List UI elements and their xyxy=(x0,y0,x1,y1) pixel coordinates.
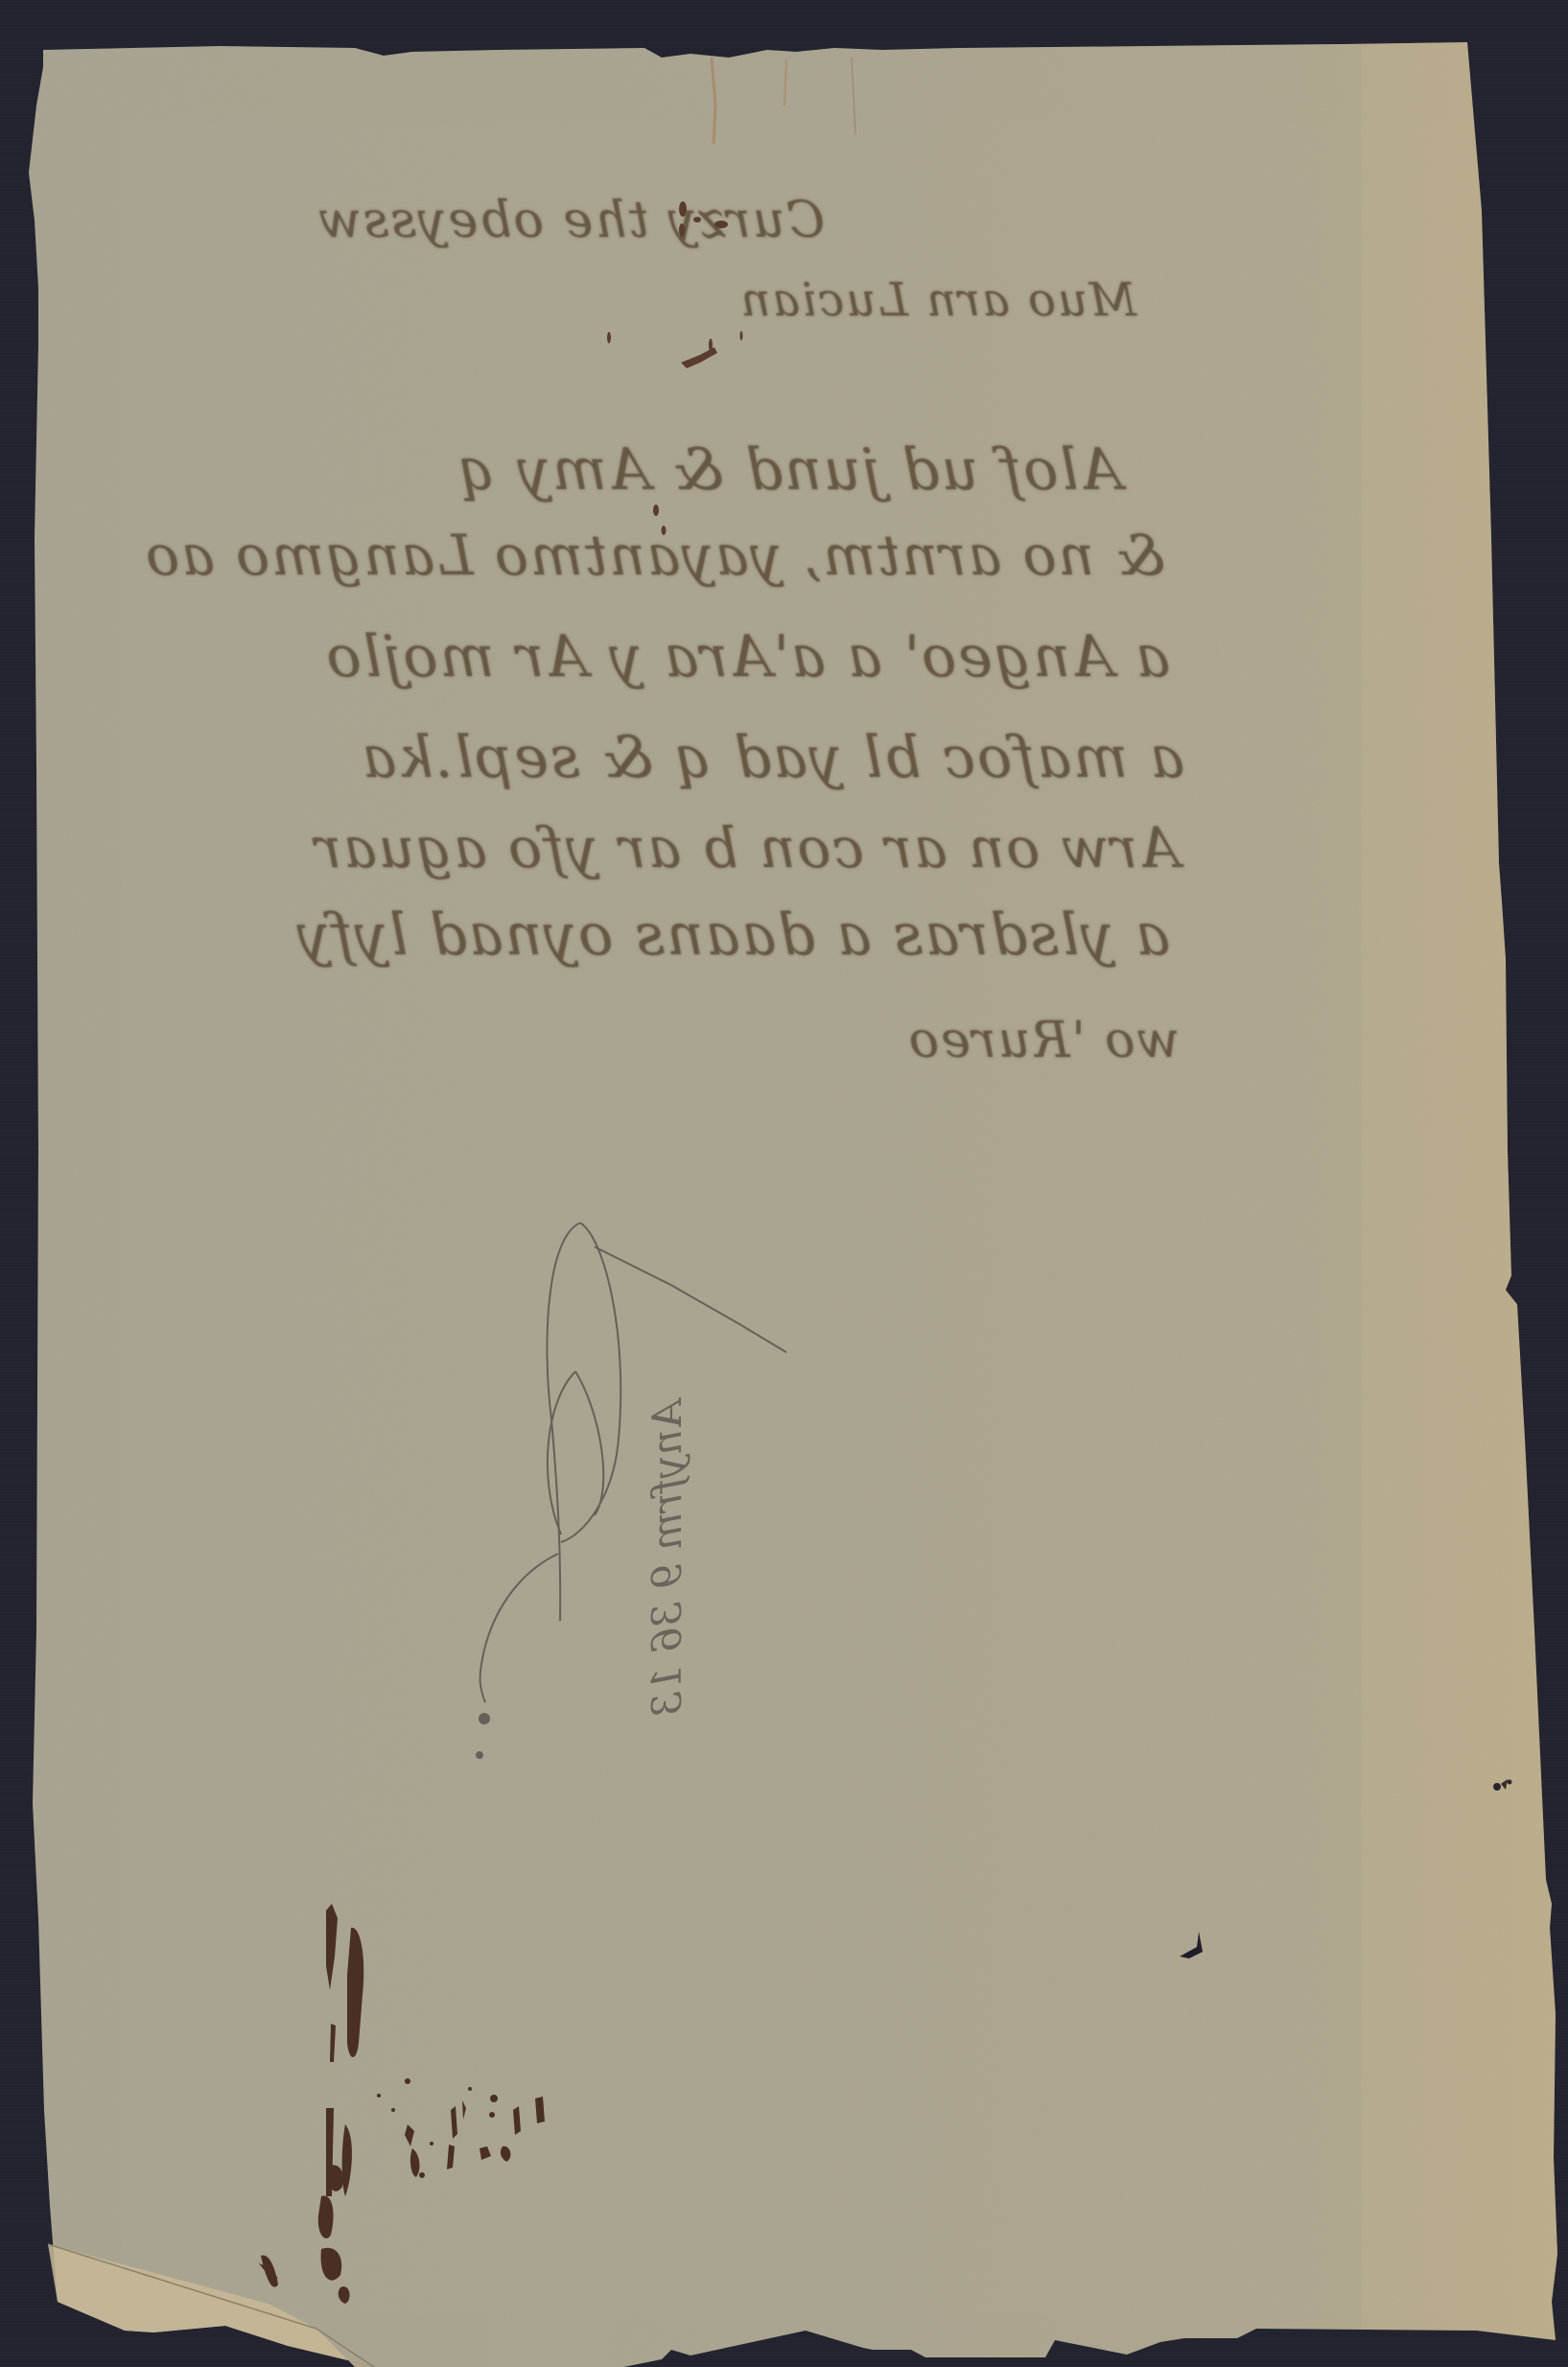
hole-mark xyxy=(1508,1780,1512,1785)
paper-sheet xyxy=(0,0,1568,2367)
hole-mark xyxy=(1493,1783,1501,1791)
